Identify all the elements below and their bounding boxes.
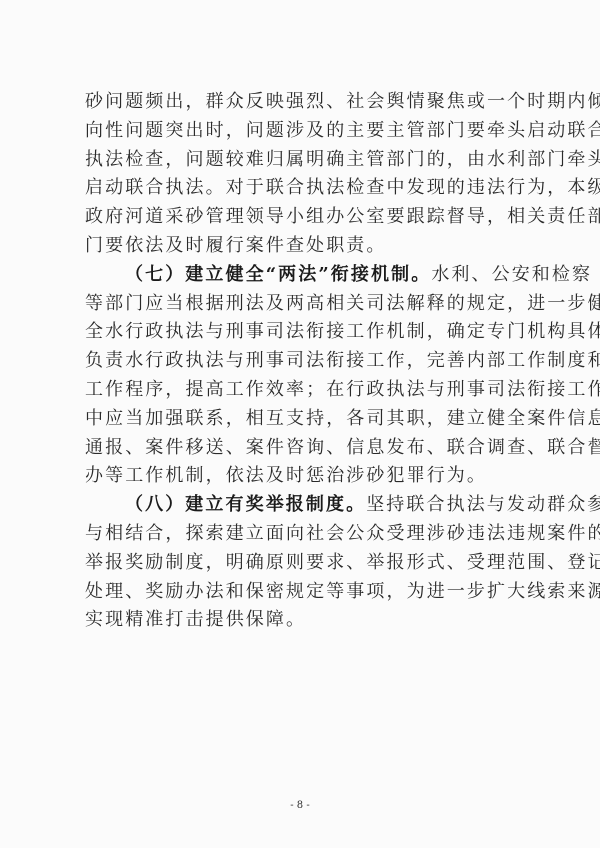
text-line: 砂问题频出，群众反映强烈、社会舆情聚焦或一个时期内倾 — [85, 88, 507, 117]
text-line: 启动联合执法。对于联合执法检查中发现的违法行为，本级 — [85, 174, 507, 203]
text-line: 办等工作机制，依法及时惩治涉砂犯罪行为。 — [85, 462, 507, 491]
text-line: 门要依法及时履行案件查处职责。 — [85, 232, 507, 261]
page-number: - 8 - — [0, 800, 600, 811]
section-7-paragraph: （七）建立健全“两法”衔接机制。水利、公安和检察 等部门应当根据刑法及两高相关司… — [85, 261, 507, 491]
paragraph-continuation: 砂问题频出，群众反映强烈、社会舆情聚焦或一个时期内倾 向性问题突出时，问题涉及的… — [85, 88, 507, 261]
section-7-first-line: （七）建立健全“两法”衔接机制。水利、公安和检察 — [85, 261, 507, 290]
text-line: 中应当加强联系，相互支持，各司其职，建立健全案件信息 — [85, 405, 507, 434]
document-body: 砂问题频出，群众反映强烈、社会舆情聚焦或一个时期内倾 向性问题突出时，问题涉及的… — [85, 88, 507, 635]
section-8-paragraph: （八）建立有奖举报制度。坚持联合执法与发动群众参 与相结合，探索建立面向社会公众… — [85, 491, 507, 635]
text-line: 工作程序，提高工作效率；在行政执法与刑事司法衔接工作 — [85, 376, 507, 405]
text-line: 向性问题突出时，问题涉及的主要主管部门要牵头启动联合 — [85, 117, 507, 146]
text-line: 政府河道采砂管理领导小组办公室要跟踪督导，相关责任部 — [85, 203, 507, 232]
text-line: 等部门应当根据刑法及两高相关司法解释的规定，进一步健 — [85, 290, 507, 319]
text-line: 处理、奖励办法和保密规定等事项，为进一步扩大线索来源、 — [85, 578, 507, 607]
text-line: 执法检查，问题较难归属明确主管部门的，由水利部门牵头 — [85, 146, 507, 175]
text-line: 负责水行政执法与刑事司法衔接工作，完善内部工作制度和 — [85, 347, 507, 376]
text-line: 通报、案件移送、案件咨询、信息发布、联合调查、联合督 — [85, 434, 507, 463]
text-span: 水利、公安和检察 — [431, 264, 592, 285]
section-8-first-line: （八）建立有奖举报制度。坚持联合执法与发动群众参 — [85, 491, 507, 520]
section-8-heading: （八）建立有奖举报制度。 — [125, 494, 366, 515]
text-line: 全水行政执法与刑事司法衔接工作机制，确定专门机构具体 — [85, 318, 507, 347]
section-7-heading: （七）建立健全“两法”衔接机制。 — [125, 264, 431, 285]
text-span: 坚持联合执法与发动群众参 — [366, 494, 600, 515]
text-line: 与相结合，探索建立面向社会公众受理涉砂违法违规案件的 — [85, 520, 507, 549]
text-line: 实现精准打击提供保障。 — [85, 606, 507, 635]
text-line: 举报奖励制度，明确原则要求、举报形式、受理范围、登记 — [85, 549, 507, 578]
